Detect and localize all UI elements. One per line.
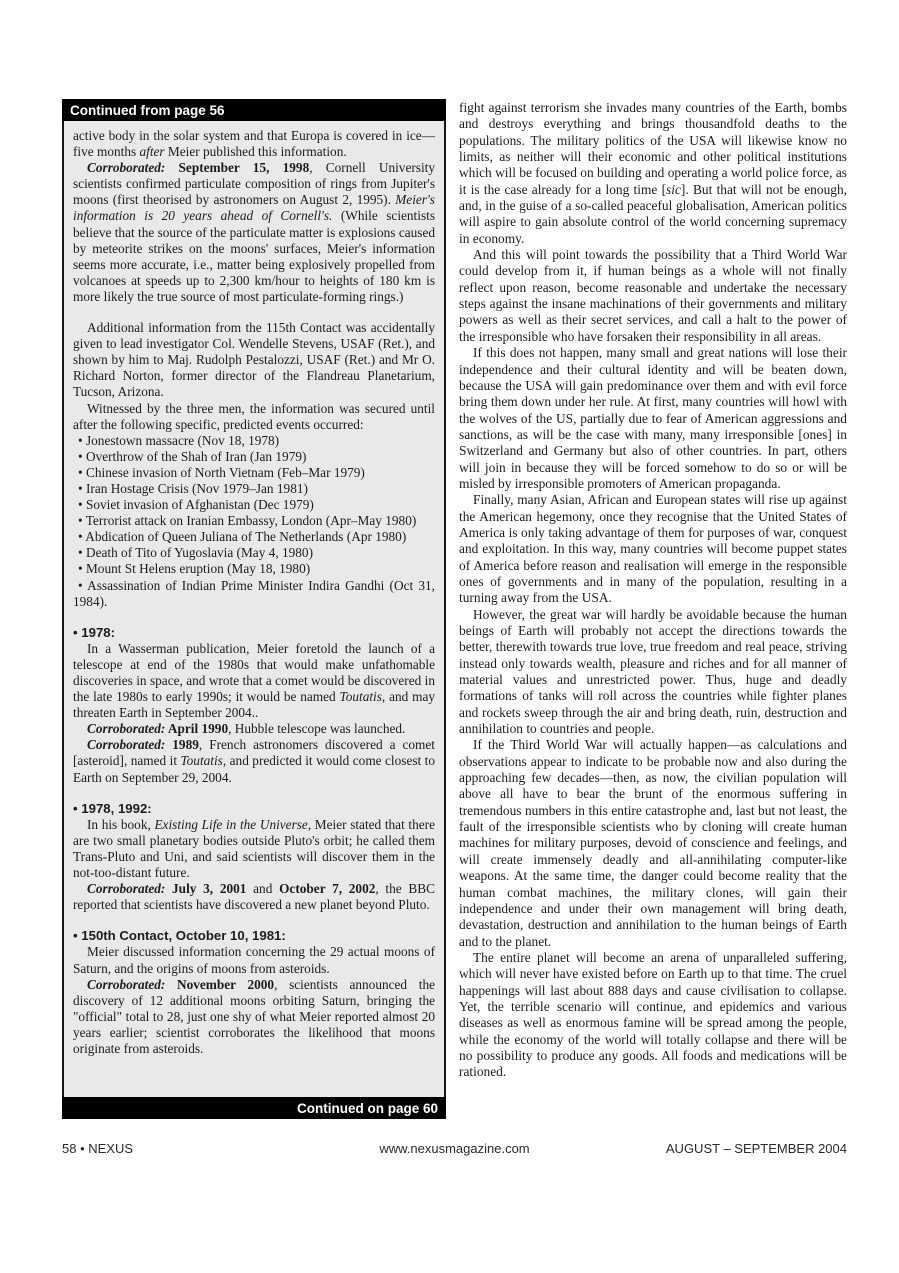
text-run: Witnessed by the three men, the informat… xyxy=(73,401,435,432)
paragraph: In his book, Existing Life in the Univer… xyxy=(73,817,435,881)
text-run: • Terrorist attack on Iranian Embassy, L… xyxy=(78,513,416,528)
text-run: • Overthrow of the Shah of Iran (Jan 197… xyxy=(78,449,306,464)
text-run: after xyxy=(139,144,164,159)
text-run: Meier published this information. xyxy=(165,144,347,159)
section-heading: • 150th Contact, October 10, 1981: xyxy=(73,928,435,944)
text-run: April 1990 xyxy=(165,721,228,736)
bullet-item: • Iran Hostage Crisis (Nov 1979–Jan 1981… xyxy=(73,481,435,497)
paragraph: Corroborated: July 3, 2001 and October 7… xyxy=(73,881,435,913)
text-run: • 1978, 1992: xyxy=(73,801,152,816)
text-run: October 7, 2002 xyxy=(279,881,375,896)
paragraph: Additional information from the 115th Co… xyxy=(73,320,435,400)
paragraph-gap xyxy=(73,610,435,625)
continued-from-banner: Continued from page 56 xyxy=(62,99,446,121)
bullet-item: • Chinese invasion of North Vietnam (Feb… xyxy=(73,465,435,481)
continuation-box-body: active body in the solar system and that… xyxy=(62,121,446,1097)
continuation-box: Continued from page 56 active body in th… xyxy=(62,99,446,1119)
text-run: September 15, 1998 xyxy=(165,160,309,175)
paragraph: fight against terrorism she invades many… xyxy=(459,100,847,247)
paragraph: Finally, many Asian, African and Europea… xyxy=(459,492,847,606)
text-run: • 1978: xyxy=(73,625,115,640)
footer-issue-date: AUGUST – SEPTEMBER 2004 xyxy=(666,1141,847,1156)
text-run: • Mount St Helens eruption (May 18, 1980… xyxy=(78,561,310,576)
paragraph: Corroborated: 1989, French astronomers d… xyxy=(73,737,435,785)
text-run: Existing Life in the Universe xyxy=(154,817,307,832)
text-run: In his book, xyxy=(87,817,154,832)
magazine-page: Continued from page 56 active body in th… xyxy=(0,0,899,1273)
section-heading: • 1978, 1992: xyxy=(73,801,435,817)
paragraph: Meier discussed information concerning t… xyxy=(73,944,435,976)
footer-page-number: 58 • NEXUS xyxy=(62,1141,133,1156)
page-footer: www.nexusmagazine.com 58 • NEXUS AUGUST … xyxy=(62,1141,847,1156)
paragraph: If this does not happen, many small and … xyxy=(459,345,847,492)
paragraph-gap xyxy=(73,786,435,801)
text-run: Corroborated: xyxy=(87,881,165,896)
bullet-item: • Terrorist attack on Iranian Embassy, L… xyxy=(73,513,435,529)
paragraph: If the Third World War will actually hap… xyxy=(459,737,847,949)
text-run: The entire planet will become an arena o… xyxy=(459,950,847,1079)
text-run: • Chinese invasion of North Vietnam (Feb… xyxy=(78,465,365,480)
article-right-column: fight against terrorism she invades many… xyxy=(459,100,847,1081)
text-run: If this does not happen, many small and … xyxy=(459,345,847,491)
section-heading: • 1978: xyxy=(73,625,435,641)
text-run: • Abdication of Queen Juliana of The Net… xyxy=(78,529,406,544)
text-run: • Iran Hostage Crisis (Nov 1979–Jan 1981… xyxy=(78,481,308,496)
bullet-item: • Soviet invasion of Afghanistan (Dec 19… xyxy=(73,497,435,513)
text-run: Corroborated: xyxy=(87,160,165,175)
text-run: 1989 xyxy=(165,737,199,752)
continued-on-banner: Continued on page 60 xyxy=(62,1097,446,1119)
text-run: , Hubble telescope was launched. xyxy=(228,721,405,736)
bullet-item: • Assassination of Indian Prime Minister… xyxy=(73,578,435,610)
text-run: And this will point towards the possibil… xyxy=(459,247,847,344)
text-run: Additional information from the 115th Co… xyxy=(73,320,435,399)
paragraph: In a Wasserman publication, Meier foreto… xyxy=(73,641,435,721)
text-run: Corroborated: xyxy=(87,721,165,736)
text-run: • Death of Tito of Yugoslavia (May 4, 19… xyxy=(78,545,313,560)
text-run: Toutatis xyxy=(340,689,382,704)
bullet-item: • Overthrow of the Shah of Iran (Jan 197… xyxy=(73,449,435,465)
paragraph: active body in the solar system and that… xyxy=(73,128,435,160)
text-run: Toutatis xyxy=(180,753,222,768)
text-run: sic xyxy=(666,182,681,197)
text-run: • Assassination of Indian Prime Minister… xyxy=(73,578,435,609)
paragraph: Corroborated: November 2000, scientists … xyxy=(73,977,435,1057)
text-run: Corroborated: xyxy=(87,977,165,992)
paragraph-gap xyxy=(73,913,435,928)
bullet-item: • Abdication of Queen Juliana of The Net… xyxy=(73,529,435,545)
text-run: Corroborated: xyxy=(87,737,165,752)
paragraph: However, the great war will hardly be av… xyxy=(459,607,847,738)
bullet-item: • Jonestown massacre (Nov 18, 1978) xyxy=(73,433,435,449)
text-run: • 150th Contact, October 10, 1981: xyxy=(73,928,286,943)
bullet-item: • Mount St Helens eruption (May 18, 1980… xyxy=(73,561,435,577)
continued-on-label: Continued on page 60 xyxy=(297,1101,438,1116)
paragraph: Witnessed by the three men, the informat… xyxy=(73,401,435,433)
text-run: However, the great war will hardly be av… xyxy=(459,607,847,736)
text-run: Meier discussed information concerning t… xyxy=(73,944,435,975)
text-run: If the Third World War will actually hap… xyxy=(459,737,847,948)
paragraph: And this will point towards the possibil… xyxy=(459,247,847,345)
text-run: November 2000 xyxy=(165,977,274,992)
bullet-item: • Death of Tito of Yugoslavia (May 4, 19… xyxy=(73,545,435,561)
paragraph: Corroborated: September 15, 1998, Cornel… xyxy=(73,160,435,305)
text-run: • Soviet invasion of Afghanistan (Dec 19… xyxy=(78,497,314,512)
text-run: and xyxy=(246,881,279,896)
text-run: July 3, 2001 xyxy=(165,881,246,896)
text-run: Finally, many Asian, African and Europea… xyxy=(459,492,847,605)
continued-from-label: Continued from page 56 xyxy=(70,103,225,118)
paragraph: Corroborated: April 1990, Hubble telesco… xyxy=(73,721,435,737)
text-run: • Jonestown massacre (Nov 18, 1978) xyxy=(78,433,279,448)
paragraph: The entire planet will become an arena o… xyxy=(459,950,847,1081)
paragraph-gap xyxy=(73,305,435,320)
